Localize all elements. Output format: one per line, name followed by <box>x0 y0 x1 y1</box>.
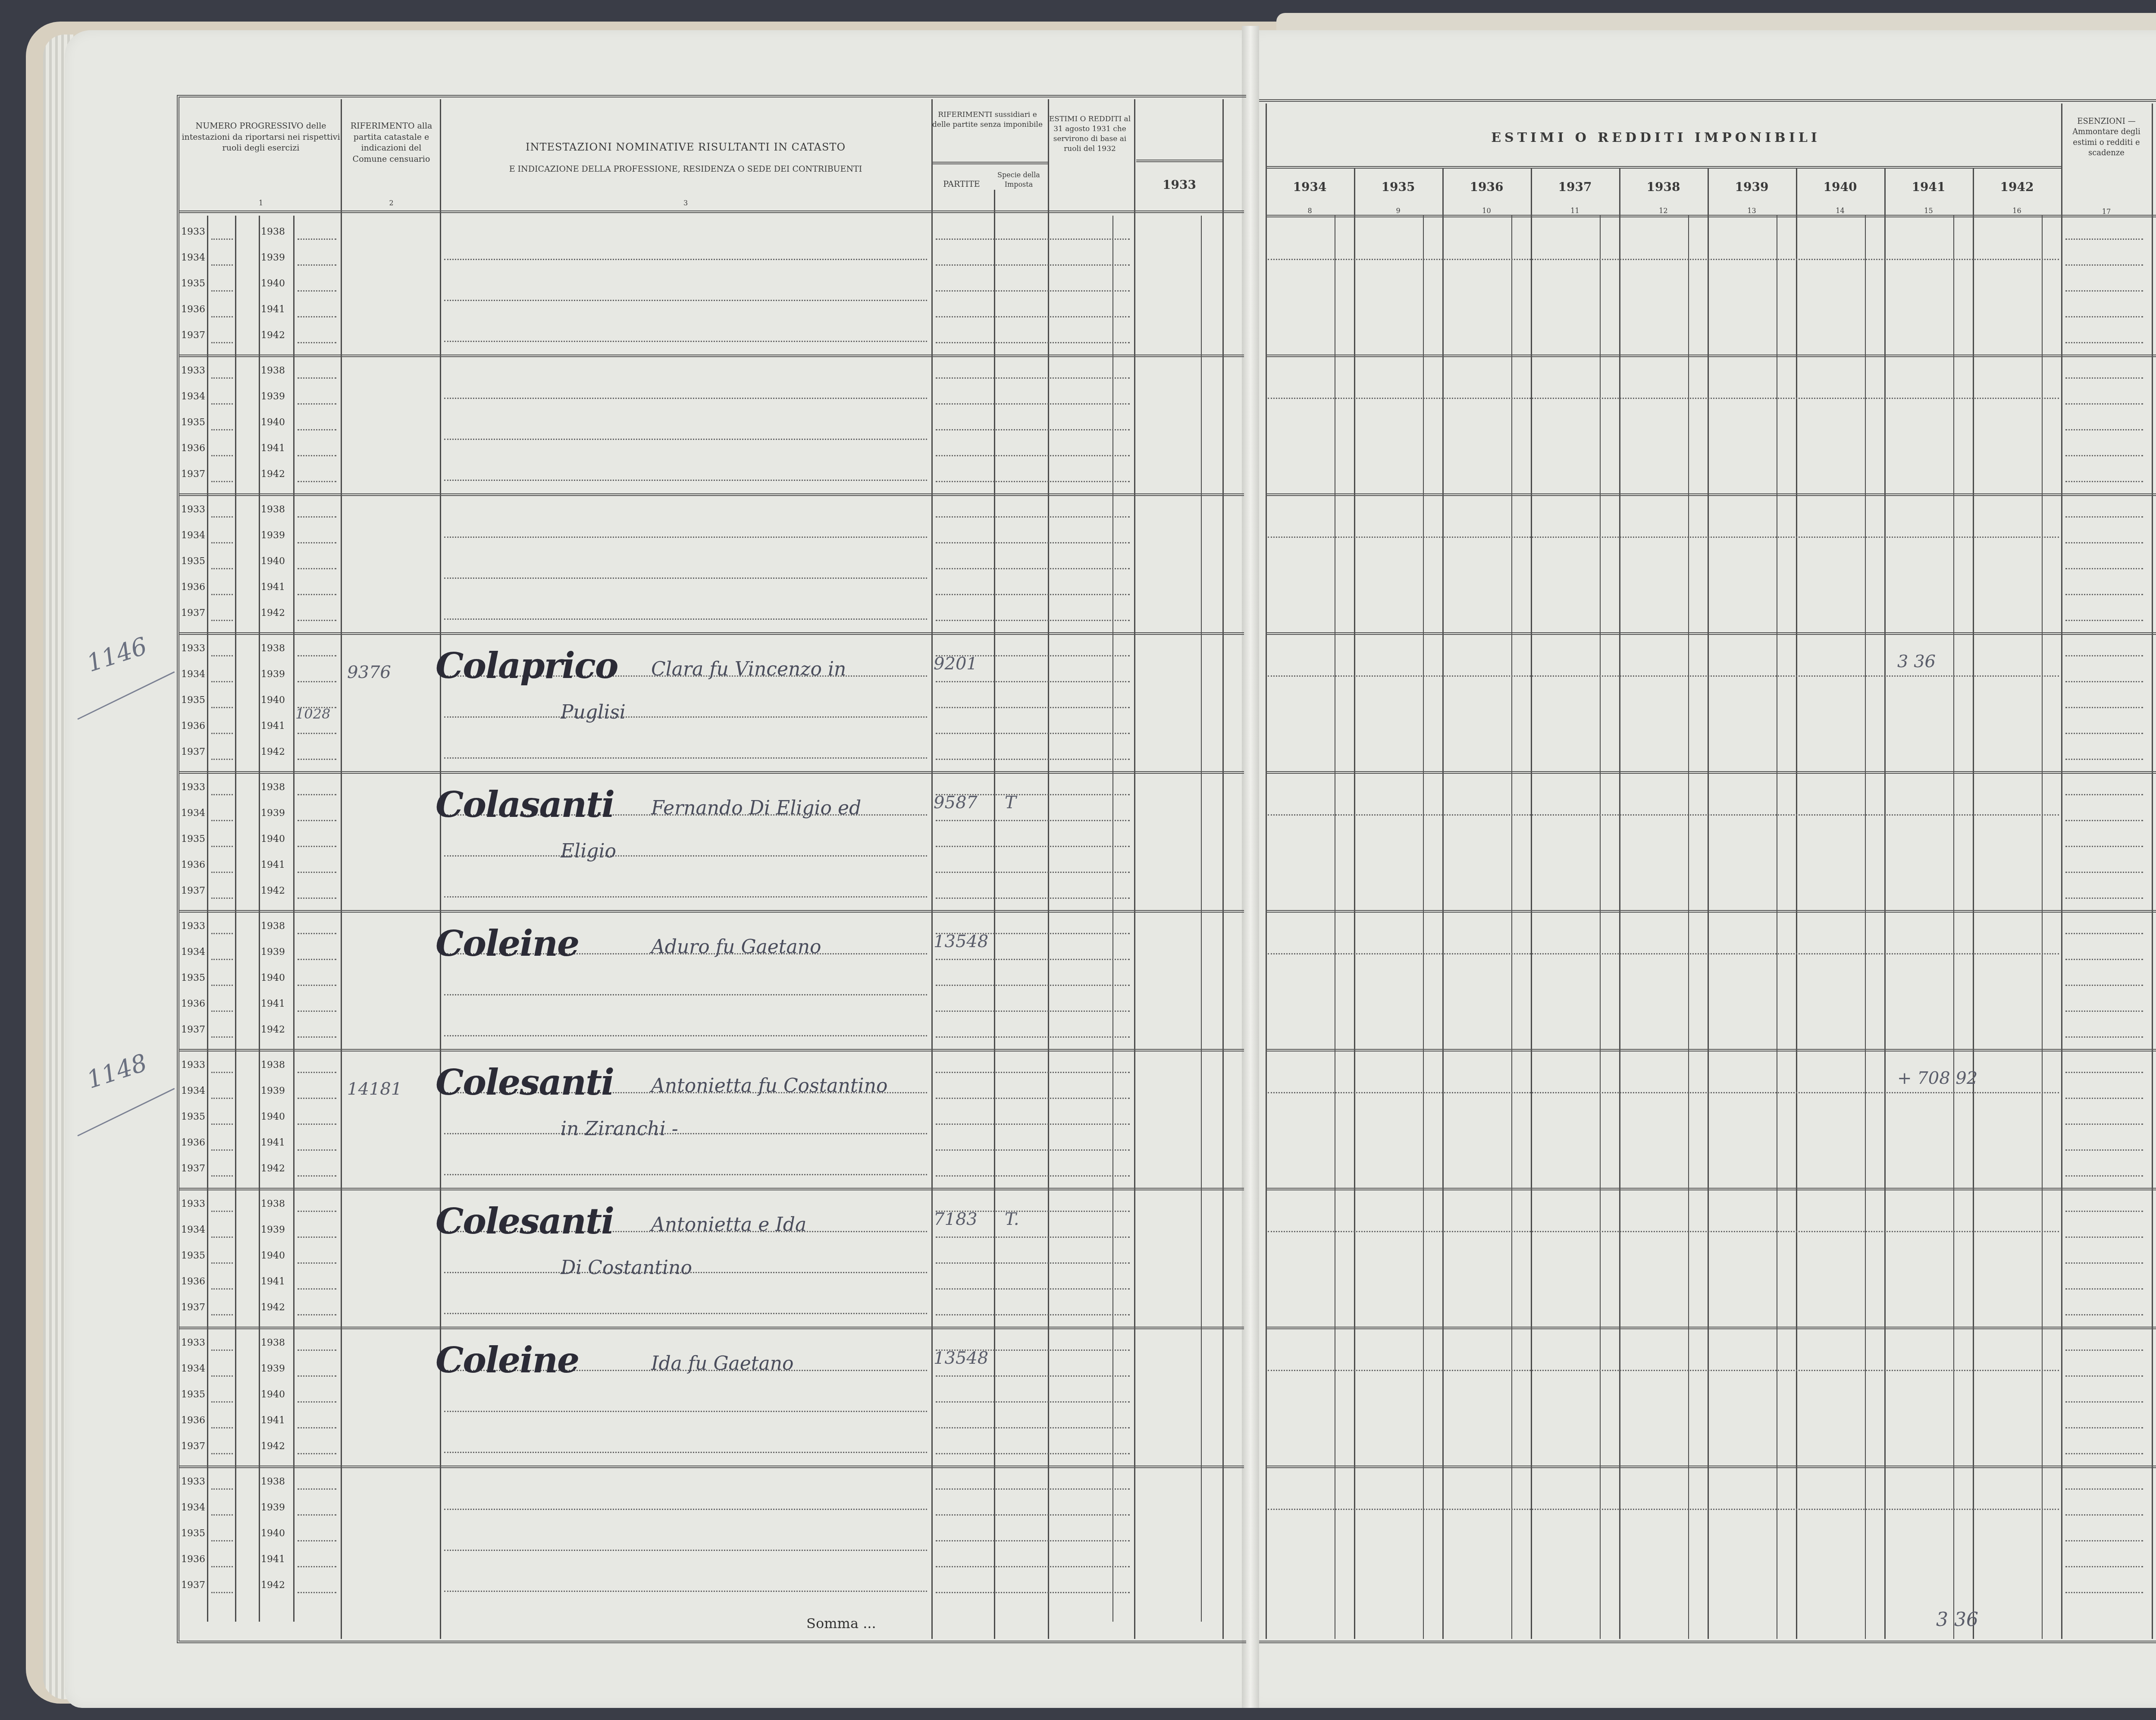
dotted-rule <box>1268 537 2059 538</box>
year-label: 1940 <box>261 695 285 706</box>
dotted-rule <box>211 1011 233 1012</box>
year-label: 1941 <box>261 860 285 870</box>
dotted-rule <box>936 481 1130 482</box>
subcolumn-divider <box>1423 216 1424 1639</box>
year-label: 1937 <box>181 885 205 896</box>
entry-separator <box>179 1466 1244 1468</box>
dotted-rule <box>298 594 336 595</box>
column-divider <box>235 216 236 1622</box>
dotted-rule <box>2065 707 2143 708</box>
dotted-rule <box>2065 1540 2143 1541</box>
dotted-rule <box>298 1540 336 1541</box>
year-label: 1942 <box>261 1580 285 1591</box>
dotted-rule <box>298 264 336 266</box>
dotted-rule <box>298 655 336 656</box>
dotted-rule <box>298 1488 336 1490</box>
dotted-rule <box>444 578 927 579</box>
dotted-rule <box>936 733 1130 734</box>
header-col-num: 14 <box>1796 206 1884 216</box>
dotted-rule <box>936 820 1130 821</box>
dotted-rule <box>211 1262 233 1264</box>
dotted-rule <box>2065 1211 2143 1212</box>
header-year-1937: 1937 <box>1531 179 1619 195</box>
dotted-rule <box>211 594 233 595</box>
year-label: 1935 <box>181 1250 205 1261</box>
dotted-rule <box>444 537 927 538</box>
dotted-rule <box>444 1035 927 1036</box>
year-label: 1934 <box>181 530 205 541</box>
dotted-rule <box>2065 1350 2143 1351</box>
partite-number: 9587 <box>934 793 978 813</box>
header-col-num: 11 <box>1531 206 1619 216</box>
partita-catastale: 9376 <box>347 662 391 682</box>
entry-separator <box>1266 355 2156 357</box>
dotted-rule <box>444 757 927 759</box>
dotted-rule <box>298 1453 336 1454</box>
header-year-1935: 1935 <box>1354 179 1442 195</box>
year-label: 1936 <box>181 443 205 454</box>
dotted-rule <box>211 542 233 543</box>
dotted-rule <box>2065 933 2143 934</box>
dotted-rule <box>298 1288 336 1290</box>
dotted-rule <box>444 855 927 857</box>
year-label: 1941 <box>261 1554 285 1565</box>
specie-imposta: T <box>1005 793 1016 813</box>
dotted-rule <box>1268 1370 2059 1371</box>
column-divider <box>1112 216 1113 1622</box>
dotted-rule <box>2065 239 2143 240</box>
year-label: 1933 <box>181 1337 205 1348</box>
dotted-rule <box>444 1174 927 1175</box>
header-col-num: 12 <box>1619 206 1708 216</box>
header-divider <box>931 162 1048 164</box>
dotted-rule <box>2065 1098 2143 1099</box>
year-label: 1935 <box>181 278 205 289</box>
dotted-rule <box>936 1124 1130 1125</box>
column-divider <box>341 99 342 1639</box>
year-label: 1933 <box>181 226 205 237</box>
year-label: 1934 <box>181 1224 205 1235</box>
dotted-rule <box>211 1175 233 1177</box>
column-divider <box>1531 168 1532 1639</box>
dotted-rule <box>2065 1314 2143 1315</box>
header-col-num: 13 <box>1708 206 1796 216</box>
dotted-rule <box>936 1375 1130 1377</box>
dotted-rule <box>936 516 1130 518</box>
dotted-rule <box>211 681 233 682</box>
dotted-rule <box>936 1098 1130 1099</box>
surname: Colesanti <box>436 1201 614 1242</box>
header-col-num: 3 <box>444 198 927 208</box>
dotted-rule <box>2065 1592 2143 1593</box>
dotted-rule <box>211 1401 233 1403</box>
header-col-num: 9 <box>1354 206 1442 216</box>
header-col-num: 16 <box>1973 206 2061 216</box>
dotted-rule <box>444 480 927 481</box>
year-label: 1933 <box>181 1476 205 1487</box>
header-col-num: 1 <box>181 198 341 208</box>
year-label: 1942 <box>261 469 285 480</box>
dotted-rule <box>936 985 1130 986</box>
subcolumn-divider <box>1953 216 1954 1639</box>
column-divider <box>994 190 995 1639</box>
year-label: 1934 <box>181 1363 205 1374</box>
entry-separator <box>179 771 1244 774</box>
year-label: 1936 <box>181 1276 205 1287</box>
dotted-rule <box>936 707 1130 708</box>
dotted-rule <box>298 820 336 821</box>
given-name: Clara fu Vincenzo in <box>651 658 846 680</box>
dotted-rule <box>211 290 233 292</box>
year-label: 1940 <box>261 1389 285 1400</box>
dotted-rule <box>298 620 336 621</box>
header-year-1939: 1939 <box>1708 179 1796 195</box>
value-1941: 3 36 <box>1897 652 1936 672</box>
dotted-rule <box>936 1072 1130 1073</box>
header-riferimento: RIFERIMENTO alla partita catastale e ind… <box>343 121 440 165</box>
header-numero-progressivo: NUMERO PROGRESSIVO delle intestazioni da… <box>181 121 341 154</box>
surname: Colaprico <box>436 645 618 687</box>
year-label: 1934 <box>181 669 205 680</box>
dotted-rule <box>444 1509 927 1510</box>
dotted-rule <box>444 1550 927 1551</box>
dotted-rule <box>298 985 336 986</box>
dotted-rule <box>936 377 1130 379</box>
entry-separator <box>1266 771 2156 774</box>
dotted-rule <box>298 759 336 760</box>
year-label: 1938 <box>261 1337 285 1348</box>
column-divider <box>259 216 260 1622</box>
column-divider <box>1266 104 1267 1639</box>
dotted-rule <box>211 316 233 317</box>
dotted-rule <box>2065 1011 2143 1012</box>
year-label: 1942 <box>261 747 285 757</box>
dotted-rule <box>444 1591 927 1592</box>
dotted-rule <box>298 846 336 847</box>
dotted-rule <box>211 1592 233 1593</box>
year-label: 1934 <box>181 947 205 957</box>
year-label: 1937 <box>181 469 205 480</box>
year-label: 1936 <box>181 1415 205 1426</box>
dotted-rule <box>936 290 1130 292</box>
column-divider <box>1354 168 1355 1639</box>
dotted-rule <box>211 239 233 240</box>
entry-separator <box>1266 1188 2156 1190</box>
dotted-rule <box>211 846 233 847</box>
dotted-rule <box>211 1211 233 1212</box>
year-label: 1942 <box>261 608 285 618</box>
year-label: 1935 <box>181 1528 205 1539</box>
year-label: 1940 <box>261 278 285 289</box>
dotted-rule <box>2065 1237 2143 1238</box>
column-divider <box>1222 99 1224 1639</box>
dotted-rule <box>211 933 233 934</box>
dotted-rule <box>298 316 336 317</box>
dotted-rule <box>2065 1262 2143 1264</box>
surname: Colesanti <box>436 1062 614 1103</box>
dotted-rule <box>2065 1036 2143 1038</box>
year-label: 1939 <box>261 808 285 819</box>
dotted-rule <box>298 733 336 734</box>
year-label: 1938 <box>261 921 285 932</box>
dotted-rule <box>211 1098 233 1099</box>
year-label: 1936 <box>181 304 205 315</box>
dotted-rule <box>2065 1124 2143 1125</box>
dotted-rule <box>2065 1427 2143 1428</box>
dotted-rule <box>2065 455 2143 456</box>
dotted-rule <box>2065 985 2143 986</box>
header-bottom-rule <box>179 210 1244 213</box>
entry-separator <box>1266 1466 2156 1468</box>
given-name-line2: Di Costantino <box>561 1257 692 1279</box>
dotted-rule <box>298 1314 336 1315</box>
year-label: 1933 <box>181 365 205 376</box>
subcolumn-divider <box>1777 216 1777 1639</box>
dotted-rule <box>298 1350 336 1351</box>
dotted-rule <box>211 1427 233 1428</box>
year-label: 1933 <box>181 643 205 654</box>
dotted-rule <box>444 716 927 718</box>
header-year-1934: 1934 <box>1266 179 1354 195</box>
year-label: 1940 <box>261 973 285 983</box>
dotted-rule <box>298 959 336 960</box>
dotted-rule <box>298 898 336 899</box>
dotted-rule <box>2065 959 2143 960</box>
header-intestazioni: INTESTAZIONI NOMINATIVE RISULTANTI IN CA… <box>444 140 927 154</box>
header-col-num: 15 <box>1884 206 1973 216</box>
dotted-rule <box>2065 316 2143 317</box>
header-col-num: 2 <box>343 198 440 208</box>
dotted-rule <box>211 759 233 760</box>
year-label: 1939 <box>261 1363 285 1374</box>
dotted-rule <box>298 516 336 518</box>
partite-number: 13548 <box>934 1348 988 1368</box>
dotted-rule <box>211 1149 233 1151</box>
year-label: 1942 <box>261 330 285 341</box>
entry-separator <box>1266 493 2156 496</box>
dotted-rule <box>936 1427 1130 1428</box>
entry-separator <box>179 632 1244 635</box>
header-estimi-1931: ESTIMI O REDDITI al 31 agosto 1931 che s… <box>1046 114 1134 154</box>
dotted-rule <box>2065 759 2143 760</box>
dotted-rule <box>1268 953 2059 954</box>
dotted-rule <box>211 1375 233 1377</box>
given-name: Antonietta e Ida <box>651 1214 806 1236</box>
surname: Colasanti <box>436 784 614 825</box>
dotted-rule <box>2065 516 2143 518</box>
dotted-rule <box>936 594 1130 595</box>
year-label: 1941 <box>261 582 285 593</box>
dotted-rule <box>211 1540 233 1541</box>
header-intestazioni-sub: E INDICAZIONE DELLA PROFESSIONE, RESIDEN… <box>444 164 927 175</box>
year-label: 1938 <box>261 1476 285 1487</box>
column-divider <box>440 99 441 1639</box>
dotted-rule <box>211 568 233 569</box>
dotted-rule <box>298 455 336 456</box>
dotted-rule <box>936 568 1130 569</box>
dotted-rule <box>444 1133 927 1134</box>
dotted-rule <box>211 403 233 405</box>
dotted-rule <box>2065 1072 2143 1073</box>
dotted-rule <box>298 1592 336 1593</box>
dotted-rule <box>444 300 927 301</box>
dotted-rule <box>298 290 336 292</box>
dotted-rule <box>2065 872 2143 873</box>
year-label: 1940 <box>261 1111 285 1122</box>
dotted-rule <box>1268 814 2059 816</box>
year-label: 1936 <box>181 860 205 870</box>
year-label: 1938 <box>261 504 285 515</box>
year-label: 1933 <box>181 504 205 515</box>
dotted-rule <box>298 403 336 405</box>
dotted-rule <box>2065 1375 2143 1377</box>
dotted-rule <box>2065 1514 2143 1516</box>
given-name: Fernando Di Eligio ed <box>651 797 861 819</box>
year-label: 1938 <box>261 1199 285 1209</box>
year-label: 1939 <box>261 669 285 680</box>
dotted-rule <box>936 1540 1130 1541</box>
year-label: 1938 <box>261 782 285 793</box>
dotted-rule <box>936 959 1130 960</box>
dotted-rule <box>211 1314 233 1315</box>
dotted-rule <box>298 1072 336 1073</box>
dotted-rule <box>936 759 1130 760</box>
year-label: 1937 <box>181 1580 205 1591</box>
entry-separator <box>179 355 1244 357</box>
dotted-rule <box>2065 1453 2143 1454</box>
column-divider <box>1619 168 1620 1639</box>
dotted-rule <box>1268 259 2059 260</box>
dotted-rule <box>2065 290 2143 292</box>
dotted-rule <box>2065 264 2143 266</box>
year-label: 1937 <box>181 1163 205 1174</box>
dotted-rule <box>444 341 927 342</box>
given-name-line2: Puglisi <box>561 701 626 723</box>
dotted-rule <box>211 264 233 266</box>
dotted-rule <box>936 681 1130 682</box>
year-label: 1936 <box>181 1554 205 1565</box>
dotted-rule <box>211 620 233 621</box>
dotted-rule <box>2065 342 2143 343</box>
dotted-rule <box>936 1314 1130 1315</box>
dotted-rule <box>936 1175 1130 1177</box>
dotted-rule <box>298 794 336 795</box>
year-label: 1936 <box>181 582 205 593</box>
year-label: 1934 <box>181 1086 205 1096</box>
dotted-rule <box>444 896 927 898</box>
dotted-rule <box>211 1488 233 1490</box>
dotted-rule <box>444 439 927 440</box>
column-divider <box>931 99 933 1639</box>
dotted-rule <box>211 1350 233 1351</box>
subcolumn-divider <box>1335 216 1335 1639</box>
specie-imposta: T. <box>1005 1209 1019 1229</box>
dotted-rule <box>936 1262 1130 1264</box>
partite-number: 9201 <box>934 654 978 674</box>
dotted-rule <box>936 429 1130 430</box>
partite-number: 7183 <box>934 1209 978 1229</box>
column-divider <box>1442 168 1444 1639</box>
year-label: 1937 <box>181 330 205 341</box>
header-year-1938: 1938 <box>1619 179 1708 195</box>
year-label: 1942 <box>261 1024 285 1035</box>
header-esenzioni: ESENZIONI — Ammontare degli estimi o red… <box>2065 116 2147 158</box>
subcolumn-divider <box>2042 216 2043 1639</box>
year-label: 1940 <box>261 1250 285 1261</box>
year-label: 1941 <box>261 1415 285 1426</box>
year-label: 1940 <box>261 556 285 567</box>
surname: Coleine <box>436 1340 579 1381</box>
dotted-rule <box>936 1566 1130 1567</box>
year-label: 1933 <box>181 1060 205 1070</box>
surname: Coleine <box>436 923 579 964</box>
dotted-rule <box>936 316 1130 317</box>
dotted-rule <box>298 342 336 343</box>
year-label: 1933 <box>181 1199 205 1209</box>
dotted-rule <box>211 455 233 456</box>
header-divider <box>1136 160 1222 162</box>
year-label: 1939 <box>261 1502 285 1513</box>
subcolumn-divider <box>1600 216 1601 1639</box>
dotted-rule <box>2065 542 2143 543</box>
year-label: 1941 <box>261 443 285 454</box>
year-label: 1937 <box>181 608 205 618</box>
dotted-rule <box>936 1149 1130 1151</box>
dotted-rule <box>211 959 233 960</box>
column-divider <box>2152 104 2153 1639</box>
dotted-rule <box>211 429 233 430</box>
year-label: 1939 <box>261 391 285 402</box>
dotted-rule <box>211 1036 233 1038</box>
dotted-rule <box>1268 1231 2059 1232</box>
dotted-rule <box>2065 1566 2143 1567</box>
dotted-rule <box>936 620 1130 621</box>
dotted-rule <box>2065 733 2143 734</box>
header-specie-imposta: Specie della Imposta <box>992 170 1046 189</box>
year-label: 1940 <box>261 834 285 844</box>
dotted-rule <box>298 1098 336 1099</box>
year-label: 1941 <box>261 721 285 731</box>
column-divider <box>1201 216 1202 1622</box>
given-name: Ida fu Gaetano <box>651 1353 794 1375</box>
dotted-rule <box>211 342 233 343</box>
subcolumn-divider <box>1865 216 1866 1639</box>
year-label: 1934 <box>181 391 205 402</box>
year-label: 1941 <box>261 1276 285 1287</box>
dotted-rule <box>444 1313 927 1314</box>
dotted-rule <box>298 239 336 240</box>
dotted-rule <box>298 568 336 569</box>
year-label: 1935 <box>181 695 205 706</box>
header-estimi-imponibili: ESTIMI O REDDITI IMPONIBILI <box>1263 129 2048 147</box>
dotted-rule <box>298 1124 336 1125</box>
year-label: 1935 <box>181 1389 205 1400</box>
header-year-1940: 1940 <box>1796 179 1884 195</box>
given-name-line2: Eligio <box>561 840 616 862</box>
year-label: 1934 <box>181 252 205 263</box>
dotted-rule <box>2065 429 2143 430</box>
dotted-rule <box>298 1427 336 1428</box>
somma-1941-value: 3 36 <box>1936 1609 1978 1631</box>
header-partite: PARTITE <box>931 179 992 190</box>
year-label: 1938 <box>261 1060 285 1070</box>
dotted-rule <box>444 259 927 260</box>
dotted-rule <box>444 1411 927 1412</box>
partite-number: 13548 <box>934 932 988 951</box>
year-label: 1942 <box>261 1163 285 1174</box>
dotted-rule <box>211 1072 233 1073</box>
dotted-rule <box>211 820 233 821</box>
